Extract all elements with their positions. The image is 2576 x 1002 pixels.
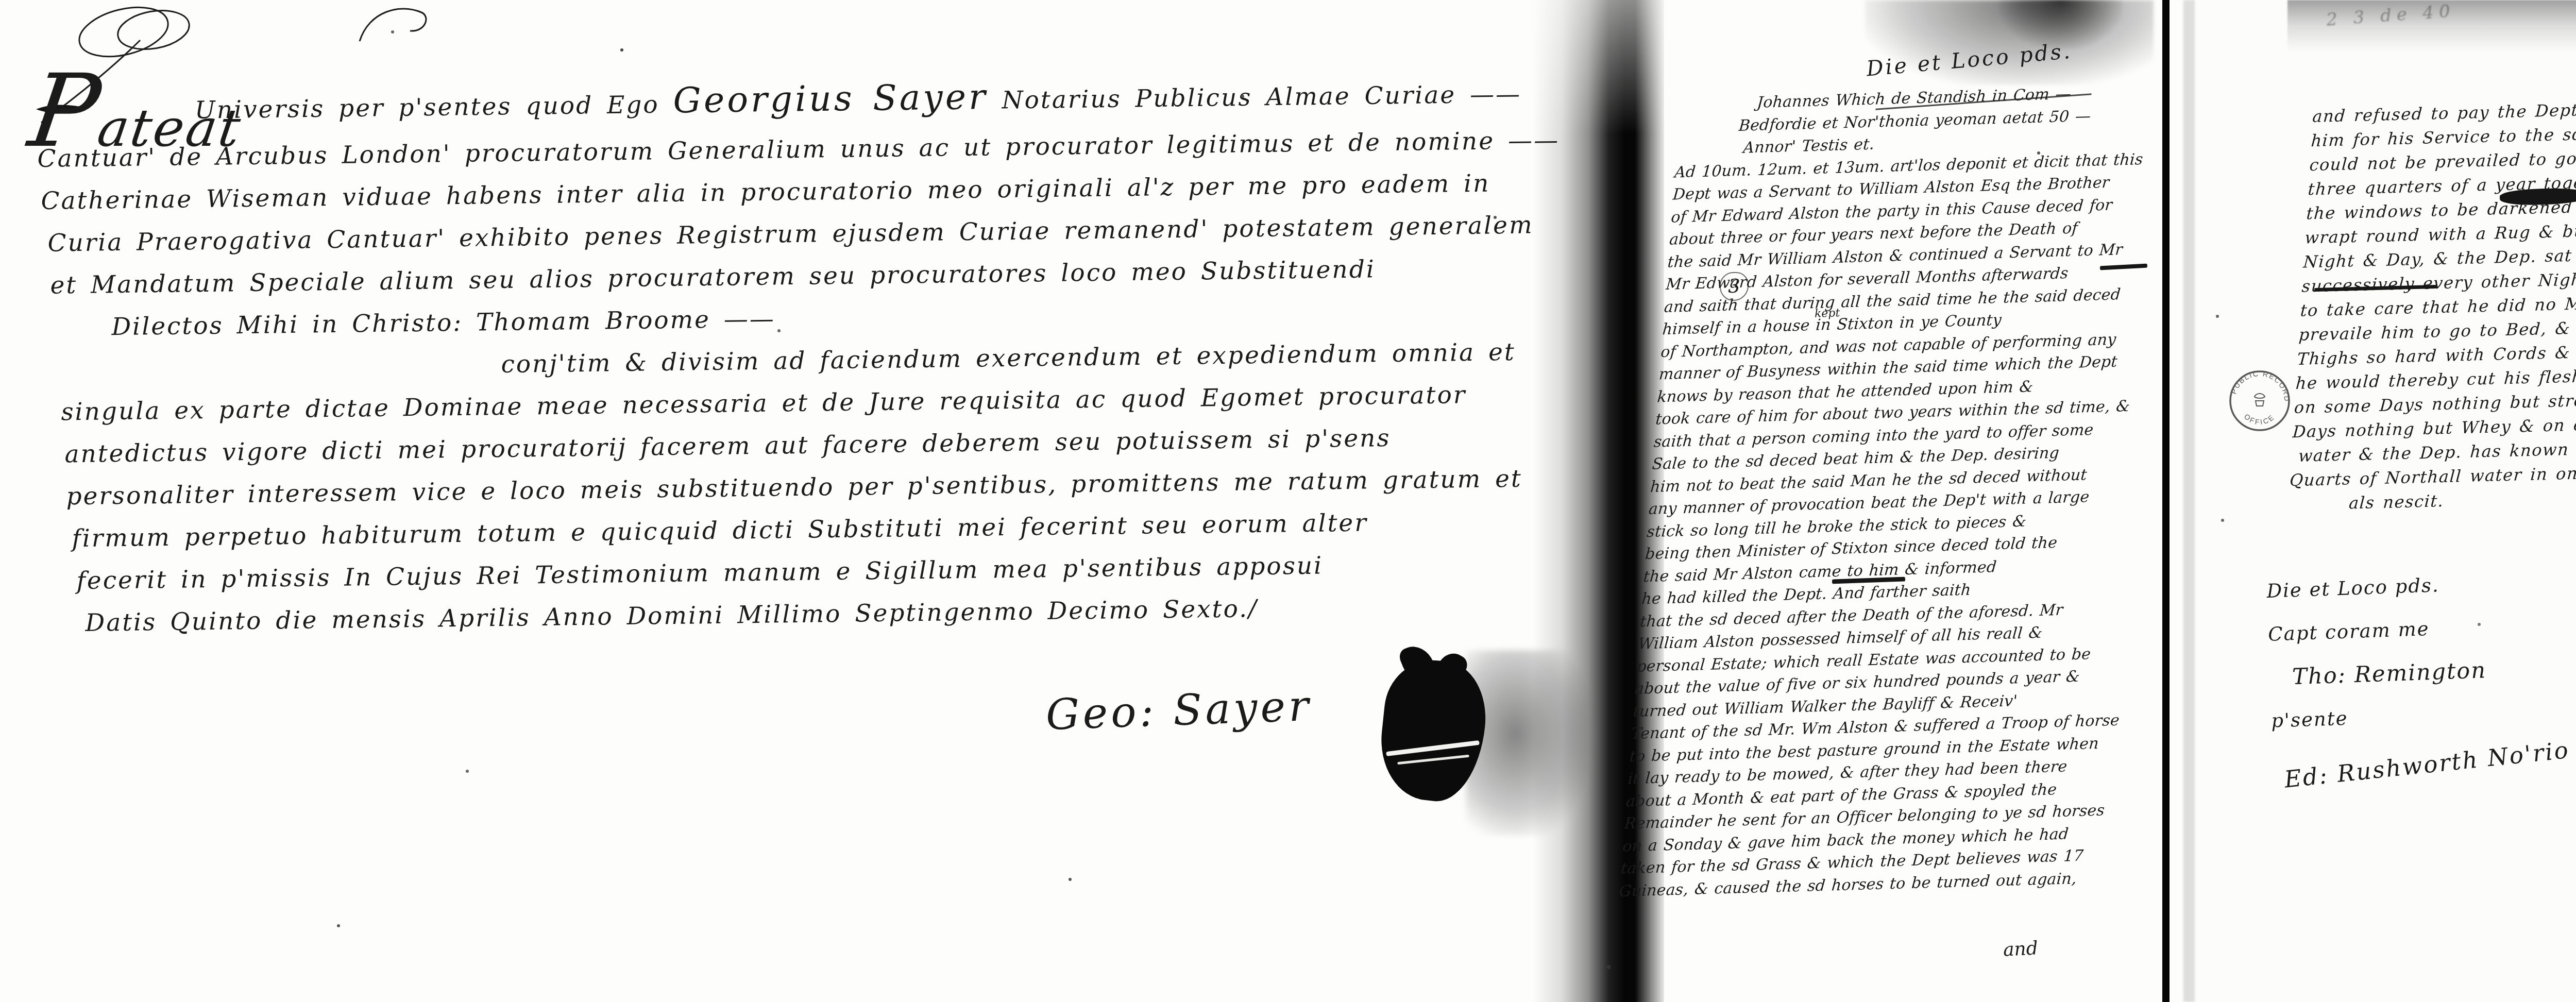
- attestation-block: Die et Loco pds.Capt coram meTho: Reming…: [2266, 562, 2488, 742]
- handwritten-line: p'sente: [2270, 692, 2489, 743]
- stamp-crest: [2255, 394, 2265, 406]
- scan-streak: [2183, 0, 2195, 1002]
- interline-insertion: kept: [1815, 307, 1840, 320]
- first-line-post: Notarius Publicus Almae Curiae ——: [988, 80, 1521, 115]
- public-record-office-stamp: PUBLIC RECORD OFFICE: [2227, 368, 2293, 434]
- latin-first-line: Universis per p'sentes quod Ego Georgius…: [195, 70, 1522, 127]
- deposition-continued-block: and refused to pay the Dept. the wages d…: [2287, 92, 2576, 517]
- stamp-text-top: PUBLIC RECORD: [2229, 369, 2291, 402]
- handwritten-line: Tho: Remington: [2292, 649, 2487, 699]
- catchword: and: [2003, 938, 2039, 960]
- first-line-pre: Universis per p'sentes quod Ego: [195, 90, 673, 124]
- stamp-text-bottom: OFFICE: [2243, 412, 2277, 426]
- notary-signature-geo-sayer: Geo: Sayer: [1045, 682, 1312, 740]
- handwritten-line: Die et Loco pds.: [2266, 562, 2484, 613]
- left-page: Pateat Universis per p'sentes quod Ego G…: [0, 0, 1631, 1002]
- page-edge-line: [2162, 0, 2170, 1002]
- procurator-name: Georgius Sayer: [673, 77, 988, 121]
- paper-specks: [0, 0, 2, 2]
- scanned-manuscript: Pateat Universis per p'sentes quod Ego G…: [0, 0, 2576, 1002]
- latin-text-block: Cantuar' de Arcubus London' procuratorum…: [37, 120, 1565, 645]
- handwritten-line: Capt coram me: [2267, 605, 2486, 656]
- gutter-top-fade: [1533, 0, 1664, 134]
- svg-text:PUBLIC RECORD: PUBLIC RECORD: [2229, 369, 2291, 402]
- pen-flourish-small: [353, 1, 441, 53]
- svg-text:OFFICE: OFFICE: [2243, 412, 2277, 426]
- deposition-text-block: Johannes Which de Standish in Com —Bedfo…: [1618, 80, 2168, 903]
